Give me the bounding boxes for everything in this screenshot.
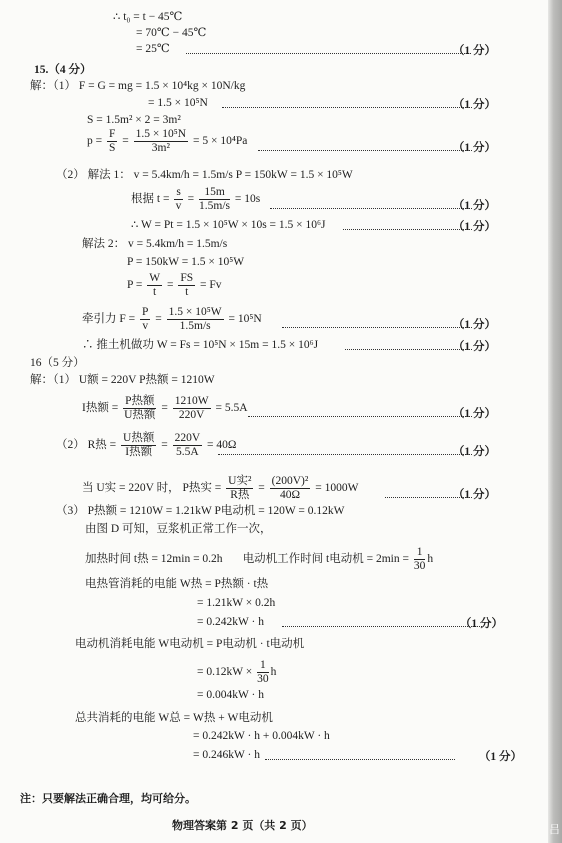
q15-p2-m1-line-3: ∴ W = Pt = 1.5 × 10⁵W × 10s = 1.5 × 10⁶J bbox=[131, 218, 326, 232]
fraction: P热额U热额 bbox=[123, 395, 156, 422]
fraction: 1210W220V bbox=[173, 395, 211, 422]
fraction: 130 bbox=[257, 659, 269, 686]
q16-p3-line-6: = 0.242kW · h bbox=[197, 615, 264, 629]
leader-dots bbox=[258, 150, 472, 151]
fraction: 15m1.5m/s bbox=[199, 186, 230, 213]
q16-header: 16（5 分） bbox=[30, 356, 85, 370]
leader-dots bbox=[218, 454, 472, 455]
score-mark: （1 分） bbox=[453, 405, 496, 421]
score-mark: （1 分） bbox=[453, 197, 496, 213]
q16-p3-line-5: = 1.21kW × 0.2h bbox=[197, 596, 275, 610]
fraction: FS bbox=[107, 128, 117, 155]
fraction: (200V)²40Ω bbox=[270, 475, 311, 502]
fraction: FSt bbox=[178, 272, 195, 299]
q16-p2-line-2: 当 U实 = 220V 时， P热实 = U实²R热 = (200V)²40Ω … bbox=[82, 475, 358, 502]
score-mark: （1 分） bbox=[453, 42, 496, 58]
q15-p2-m1-line-2: 根据 t = sv = 15m1.5m/s = 10s bbox=[131, 186, 260, 213]
q16-p2-line-1: （2） R热 = U热额I热额 = 220V5.5A = 40Ω bbox=[56, 432, 236, 459]
fraction: 1.5 × 10⁵N3m² bbox=[134, 128, 188, 155]
grading-note: 注：只要解法正确合理，均可给分。 bbox=[20, 792, 196, 806]
leader-dots bbox=[186, 53, 471, 54]
q16-p3-line-12: = 0.246kW · h bbox=[193, 748, 260, 762]
score-mark: （1 分） bbox=[479, 748, 522, 764]
score-mark: （1 分） bbox=[453, 486, 496, 502]
score-mark: （1 分） bbox=[453, 218, 496, 234]
fraction: U热额I热额 bbox=[121, 432, 156, 459]
q16-p1-line-2: I热额 = P热额U热额 = 1210W220V = 5.5A bbox=[82, 395, 248, 422]
answer-key-page: ∴ t₀ = t − 45℃ = 70℃ − 45℃ = 25℃ （1 分） 1… bbox=[0, 0, 548, 843]
leader-dots bbox=[265, 759, 455, 760]
leader-dots bbox=[270, 208, 472, 209]
q15-p1-line-2: = 1.5 × 10⁵N bbox=[148, 96, 208, 110]
fraction: U实²R热 bbox=[226, 475, 253, 502]
q16-p3-line-4: 电热管消耗的电能 W热 = P热额 · t热 bbox=[85, 577, 268, 591]
q16-p3-line-7: 电动机消耗电能 W电动机 = P电动机 · t电动机 bbox=[75, 637, 304, 651]
leader-dots bbox=[282, 626, 482, 627]
scan-edge-shadow: 吕 bbox=[548, 0, 562, 843]
q15-p1-line-1: 解：（1） F = G = mg = 1.5 × 10⁴kg × 10N/kg bbox=[30, 79, 245, 93]
watermark-glyph: 吕 bbox=[549, 821, 560, 837]
fraction: 130 bbox=[414, 546, 426, 573]
leader-dots bbox=[248, 416, 472, 417]
q14-line-2: = 70℃ − 45℃ bbox=[136, 26, 206, 40]
q15-p1-line-3: S = 1.5m² × 2 = 3m² bbox=[87, 113, 181, 127]
q16-p3-line-3: 加热时间 t热 = 12min = 0.2h 电动机工作时间 t电动机 = 2m… bbox=[85, 546, 433, 573]
score-mark: （1 分） bbox=[453, 443, 496, 459]
q14-line-3: = 25℃ bbox=[136, 42, 170, 56]
q14-line-1: ∴ t₀ = t − 45℃ bbox=[113, 10, 182, 24]
score-mark: （1 分） bbox=[453, 338, 496, 354]
q16-p3-line-8: = 0.12kW × 130h bbox=[197, 659, 276, 686]
leader-dots bbox=[282, 327, 472, 328]
fraction: 1.5 × 10⁵W1.5m/s bbox=[167, 306, 224, 333]
q15-p1-line-4: p = FS = 1.5 × 10⁵N3m² = 5 × 10⁴Pa bbox=[87, 128, 247, 155]
q15-p2-m2-line-5: ∴ 推土机做功 W = Fs = 10⁵N × 15m = 1.5 × 10⁶J bbox=[82, 338, 318, 352]
q16-p1-line-1: 解：（1） U额 = 220V P热额 = 1210W bbox=[30, 373, 215, 387]
q15-p2-m2-line-2: P = 150kW = 1.5 × 10⁵W bbox=[127, 255, 244, 269]
q16-p3-line-2: 由图 D 可知，豆浆机正常工作一次， bbox=[85, 522, 272, 536]
formula-rhs: = 5 × 10⁴Pa bbox=[193, 135, 247, 147]
fraction: sv bbox=[174, 186, 182, 213]
q16-p3-line-11: = 0.242kW · h + 0.004kW · h bbox=[193, 729, 330, 743]
fraction: 220V5.5A bbox=[173, 432, 203, 459]
q16-p3-line-1: （3） P热额 = 1210W = 1.21kW P电动机 = 120W = 0… bbox=[56, 504, 345, 518]
score-mark: （1 分） bbox=[453, 139, 496, 155]
page-footer: 物理答案第 2 页（共 2 页） bbox=[172, 819, 313, 833]
q16-p3-line-9: = 0.004kW · h bbox=[197, 688, 264, 702]
fraction: Pv bbox=[140, 306, 150, 333]
q16-p3-line-10: 总共消耗的电能 W总 = W热 + W电动机 bbox=[75, 711, 273, 725]
leader-dots bbox=[222, 107, 472, 108]
q15-p2-m2-line-1: 解法 2： v = 5.4km/h = 1.5m/s bbox=[82, 237, 227, 251]
q15-p2-m2-line-4: 牵引力 F = Pv = 1.5 × 10⁵W1.5m/s = 10⁵N bbox=[82, 306, 262, 333]
score-mark: （1 分） bbox=[453, 96, 496, 112]
q15-header: 15.（4 分） bbox=[34, 63, 92, 77]
formula-lhs: p = bbox=[87, 135, 102, 147]
fraction: Wt bbox=[147, 272, 162, 299]
score-mark: （1 分） bbox=[453, 316, 496, 332]
q15-p2-m2-line-3: P = Wt = FSt = Fv bbox=[127, 272, 222, 299]
q15-p2-m1-line-1: （2） 解法 1： v = 5.4km/h = 1.5m/s P = 150kW… bbox=[56, 168, 353, 182]
score-mark: （1 分） bbox=[460, 615, 503, 631]
